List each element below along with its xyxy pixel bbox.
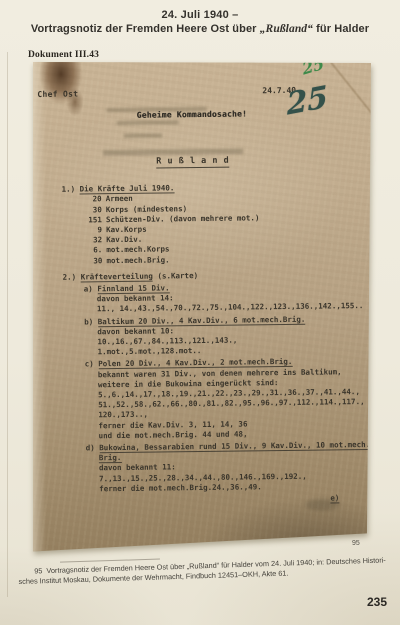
item-b-numbers: 1.mot.,5.mot.,128.mot..: [97, 344, 363, 357]
office-designation: Chef Ost: [37, 89, 78, 98]
document-photo: Chef Ost 24.7.40 25 25 Geheime Kommandos…: [33, 62, 371, 553]
document-title: R u ß l a n d: [156, 156, 229, 169]
document-number-label: Dokument III.43: [28, 50, 99, 60]
handwritten-number-small: 25: [301, 62, 325, 78]
item-a-numbers: 11., 14.,43.,54.,70.,72.,75.,104.,122.,1…: [97, 301, 363, 314]
footnote: 95 Vortragsnotiz der Fremden Heere Ost ü…: [18, 551, 395, 586]
classification-stamp: Geheime Kommandosache!: [137, 109, 247, 119]
header-title-italic: „Rußland“: [260, 23, 313, 35]
photo-footnote-ref: 95: [352, 540, 360, 547]
bleed-through-mark: [117, 120, 179, 125]
typed-body: R u ß l a n d 1.) Die Kräfte Juli 1940. …: [61, 154, 365, 507]
paper-crease: [325, 62, 371, 127]
item-d-note: ferner die mot.mech.Brig.24.,36.,49.: [99, 481, 365, 494]
page-number: 235: [367, 595, 387, 609]
header-title-post: für Halder: [313, 23, 369, 35]
chapter-header-title: Vortragsnotiz der Fremden Heere Ost über…: [0, 23, 400, 35]
chapter-header-date: 24. Juli 1940 –: [0, 9, 400, 21]
book-page: 24. Juli 1940 – Vortragsnotiz der Fremde…: [0, 0, 400, 625]
bleed-through-mark: [124, 133, 162, 137]
page-edge-line: [7, 52, 8, 597]
document-paper: Chef Ost 24.7.40 25 25 Geheime Kommandos…: [33, 62, 371, 553]
document-content: Chef Ost 24.7.40 25 25 Geheime Kommandos…: [33, 62, 371, 553]
header-title-pre: Vortragsnotiz der Fremden Heere Ost über: [31, 23, 260, 35]
bleed-through-mark: [103, 148, 243, 154]
handwritten-number-large: 25: [286, 83, 328, 121]
item-c-note: und die mot.mech.Brig. 44 und 48,: [99, 428, 365, 441]
footnote-number: 95: [34, 566, 42, 575]
